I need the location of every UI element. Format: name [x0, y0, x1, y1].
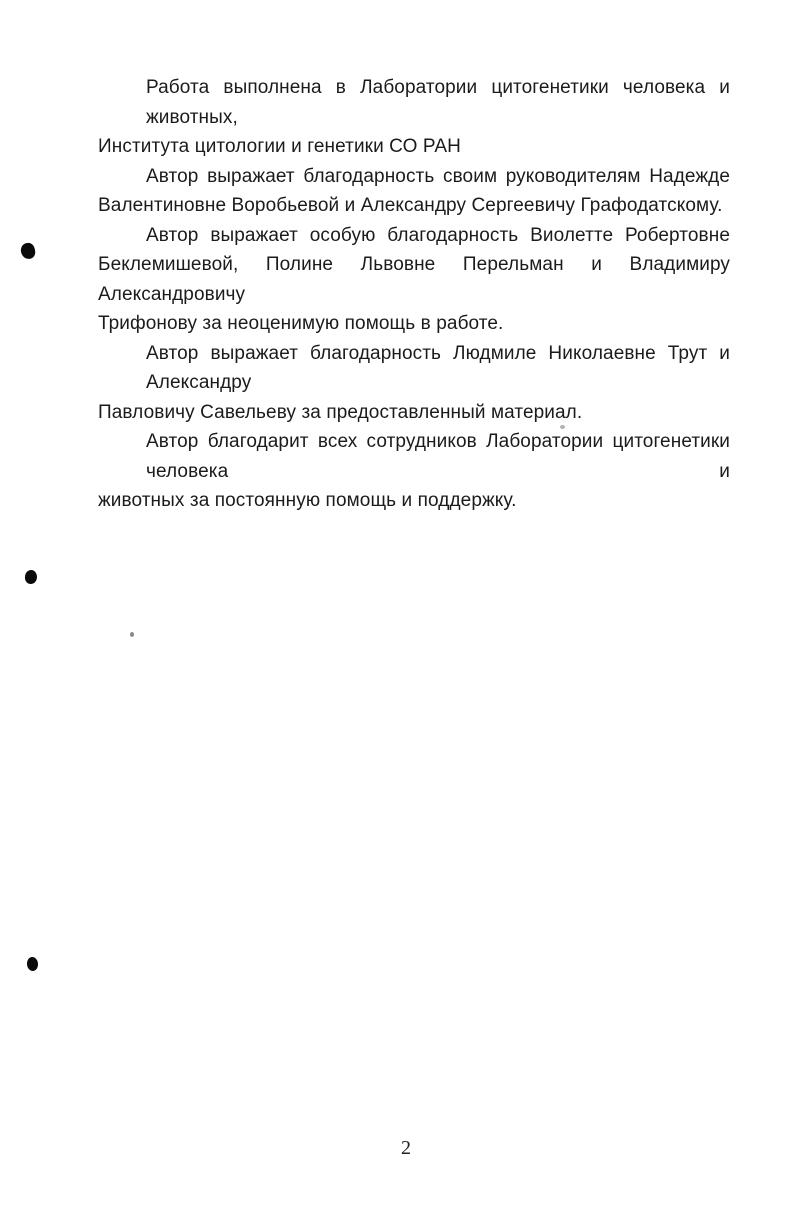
text-line: Валентиновне Воробьевой и Александру Сер… [98, 191, 730, 221]
hole-punch-mark-middle [24, 569, 38, 585]
text-line: Автор благодарит всех сотрудников Лабора… [98, 427, 730, 486]
hole-punch-mark-bottom [26, 957, 38, 972]
text-line: Института цитологии и генетики СО РАН [98, 132, 730, 162]
hole-punch-mark-top [19, 242, 36, 261]
text-line: Автор выражает благодарность Людмиле Ник… [98, 339, 730, 398]
text-line: Трифонову за неоценимую помощь в работе. [98, 309, 730, 339]
text-line: Павловичу Савельеву за предоставленный м… [98, 398, 730, 428]
acknowledgments-text: Работа выполнена в Лаборатории цитогенет… [98, 73, 730, 516]
text-line: Работа выполнена в Лаборатории цитогенет… [98, 73, 730, 132]
page-number: 2 [401, 1137, 411, 1160]
text-line: Автор выражает благодарность своим руков… [98, 162, 730, 192]
text-line: Беклемишевой, Полине Львовне Перельман и… [98, 250, 730, 309]
text-line: Автор выражает особую благодарность Виол… [98, 221, 730, 251]
document-page: Работа выполнена в Лаборатории цитогенет… [0, 0, 793, 1206]
text-line: животных за постоянную помощь и поддержк… [98, 486, 730, 516]
scan-speck [130, 632, 134, 637]
